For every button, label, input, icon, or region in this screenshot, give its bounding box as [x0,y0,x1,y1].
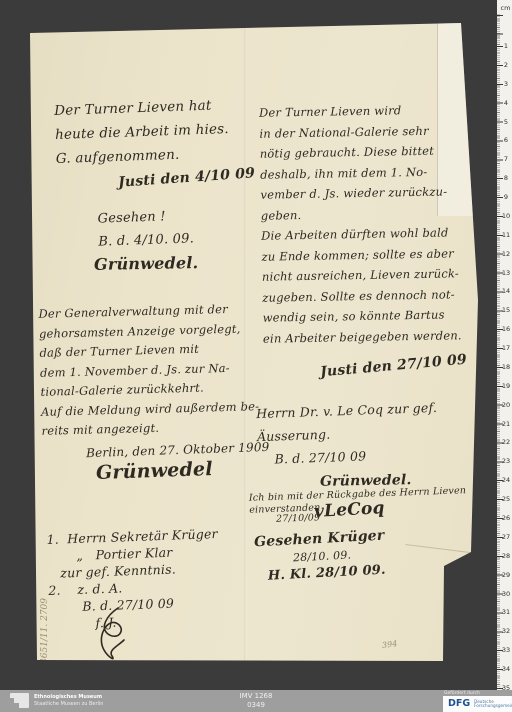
signature-justi-2: Justi den 27/10 09 [320,352,468,381]
signature-gruenwedel-large: Grünwedel [96,458,213,484]
forwarding-note-lecoq: Herrn Dr. v. Le Coq zur gef.Äusserung. B… [256,396,439,471]
dfg-logo-box: DFG Deutsche Forschungsgemeinschaft [443,696,512,712]
signature-justi-1: Justi den 4/10 09 [118,165,256,191]
document-identifiers: IMV 1268 0349 [0,692,512,710]
signature-lecoq: vLeCoq [314,498,386,522]
pencil-corner-note: 394 [381,639,397,650]
dateline-berlin: Berlin, den 27. Oktober 1909 [86,440,270,460]
signature-gruenwedel-1: Grünwedel. [94,253,199,274]
document-page: Der Turner Lieven hatheute die Arbeit im… [0,0,512,712]
pencil-margin-note: 3651/11. 2709 [40,598,50,664]
dfg-wordmark: DFG [448,698,470,709]
dfg-name-line2: Forschungsgemeinschaft [474,704,512,709]
gesehen-note: Gesehen !B. d. 4/10. 09. [97,204,194,253]
seen-notes: Gesehen Krüger28/10. 09.H. Kl. 28/10 09. [254,528,387,586]
dfg-full-name: Deutsche Forschungsgemeinschaft [474,700,512,710]
note-generalverwaltung: Der Generalverwaltung mit dergehorsamste… [38,299,260,441]
ruler: cm 1234567891011121314151617181920212223… [497,0,512,692]
paper-corner-crease [403,544,471,573]
scan-viewport: Der Turner Lieven hatheute die Arbeit im… [0,0,512,712]
ruler-numbers: 1234567891011121314151617181920212223242… [497,0,512,692]
page-number: 0349 [0,701,512,710]
note-lieven-started: Der Turner Lieven hatheute die Arbeit im… [54,93,230,171]
document-id: IMV 1268 [0,692,512,701]
paraph-flourish [88,606,138,664]
note-national-galerie: Der Turner Lieven wirdin der National-Ga… [259,99,462,348]
footer-bar: Ethnologisches Museum Staatliche Museen … [0,690,512,712]
